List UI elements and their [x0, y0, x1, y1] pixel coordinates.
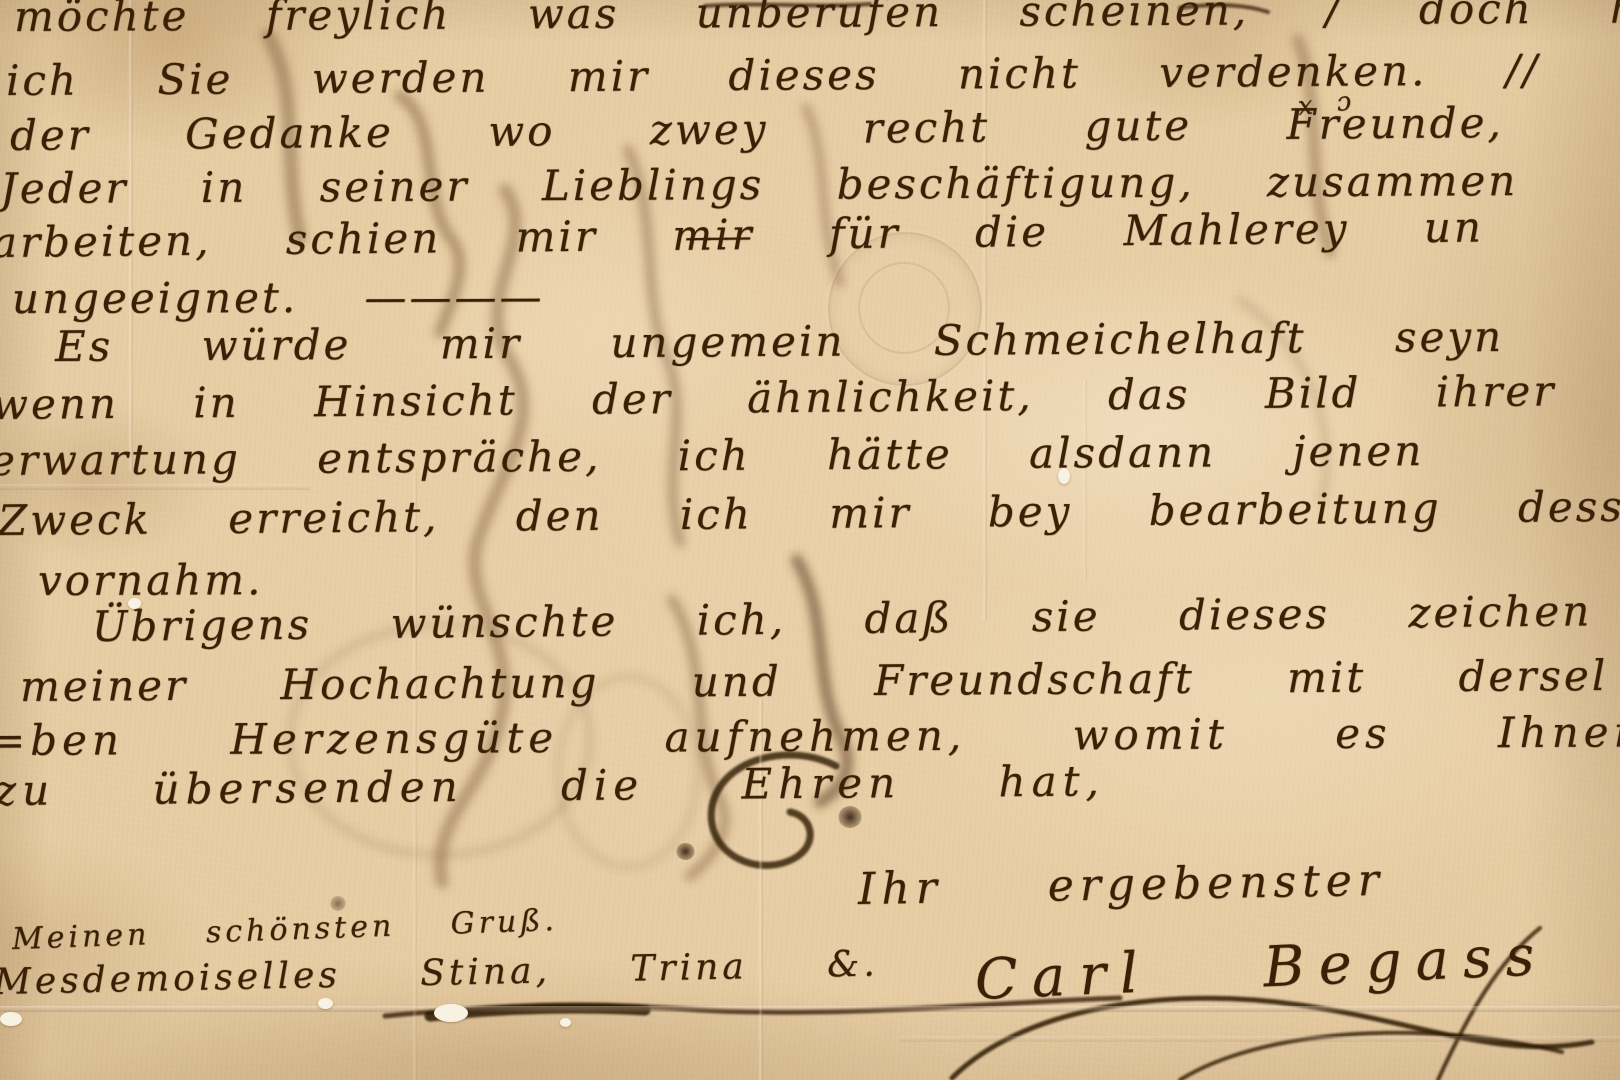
- ink-blot: [676, 843, 695, 860]
- fold-line-horizontal: [0, 1006, 1620, 1012]
- letter-closing: Ihr ergebenster: [858, 855, 1386, 915]
- letter-line: =ben Herzensgüte aufnehmen, womit es Ihn…: [0, 707, 1620, 765]
- paper-tear: [0, 1012, 22, 1026]
- paper-tear: [1058, 468, 1070, 484]
- paper-tear: [434, 1004, 468, 1022]
- letter-line: vornahm.: [38, 555, 264, 605]
- ink-blot: [838, 806, 862, 828]
- paper-tear: [560, 1018, 571, 1027]
- fold-line-horizontal: [900, 1036, 1620, 1042]
- paper-tear: [318, 998, 333, 1009]
- paper-tear: [128, 598, 141, 609]
- letter-line: ungeeignet. ————: [12, 272, 545, 323]
- fold-line-horizontal: [0, 484, 310, 490]
- letter-line: Es würde mir ungemein Schmeichelhaft sey…: [55, 312, 1504, 371]
- ink-blot: [330, 896, 346, 911]
- insertion-mark: x ɔ: [1296, 86, 1360, 122]
- letter-line: erwartung entspräche, ich hätte alsdann …: [0, 426, 1424, 485]
- letter-line: zu übersenden die Ehren hat,: [0, 756, 1105, 815]
- letter-photo: möchte freylich was unberufen scheinen, …: [0, 0, 1620, 1080]
